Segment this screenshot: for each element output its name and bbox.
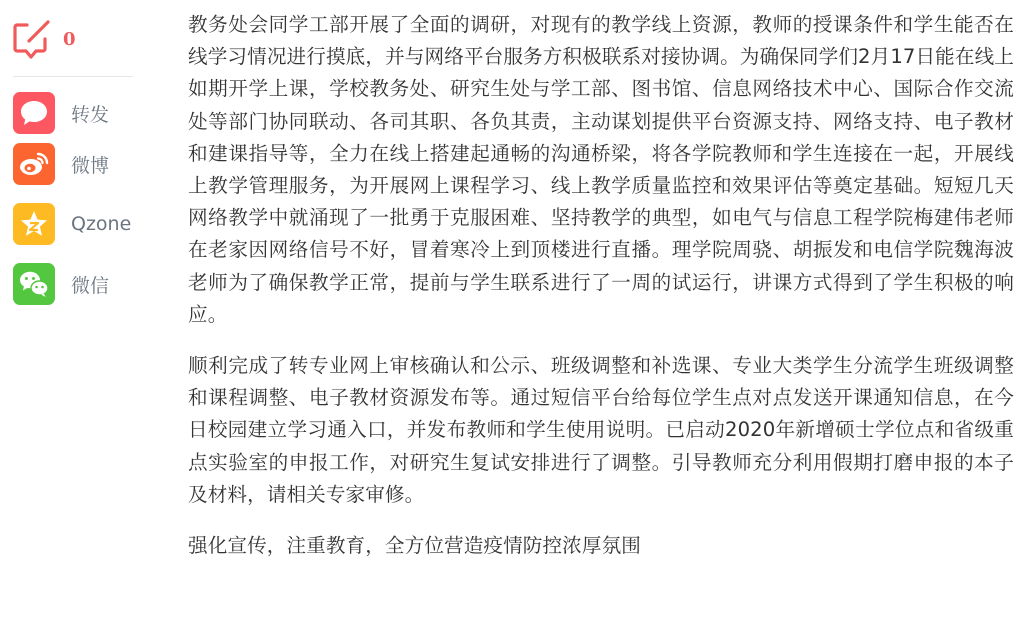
weibo-icon [13,143,55,185]
share-forward-button[interactable]: 转发 [13,92,109,134]
share-weibo-label: 微博 [71,151,109,178]
share-qzone-button[interactable]: Qzone [13,203,131,245]
share-wechat-label: 微信 [71,271,109,298]
qzone-star-icon [13,203,55,245]
article-paragraph: 顺利完成了转专业网上审核确认和公示、班级调整和补选课、专业大类学生分流学生班级调… [188,350,1014,511]
comment-button[interactable]: 0 [13,18,76,60]
share-qzone-label: Qzone [71,213,131,235]
share-weibo-button[interactable]: 微博 [13,143,109,185]
share-forward-label: 转发 [71,100,109,127]
article-paragraph: 强化宣传，注重教育，全方位营造疫情防控浓厚氛围 [188,530,1014,562]
message-bubble-icon [13,92,55,134]
wechat-icon [13,263,55,305]
comment-edit-icon [13,19,53,59]
article-paragraph: 教务处会同学工部开展了全面的调研，对现有的教学线上资源，教师的授课条件和学生能否… [188,9,1014,331]
sidebar-divider [13,76,133,77]
comment-count: 0 [63,31,76,49]
share-wechat-button[interactable]: 微信 [13,263,109,305]
article-body: 教务处会同学工部开展了全面的调研，对现有的教学线上资源，教师的授课条件和学生能否… [188,9,1014,581]
